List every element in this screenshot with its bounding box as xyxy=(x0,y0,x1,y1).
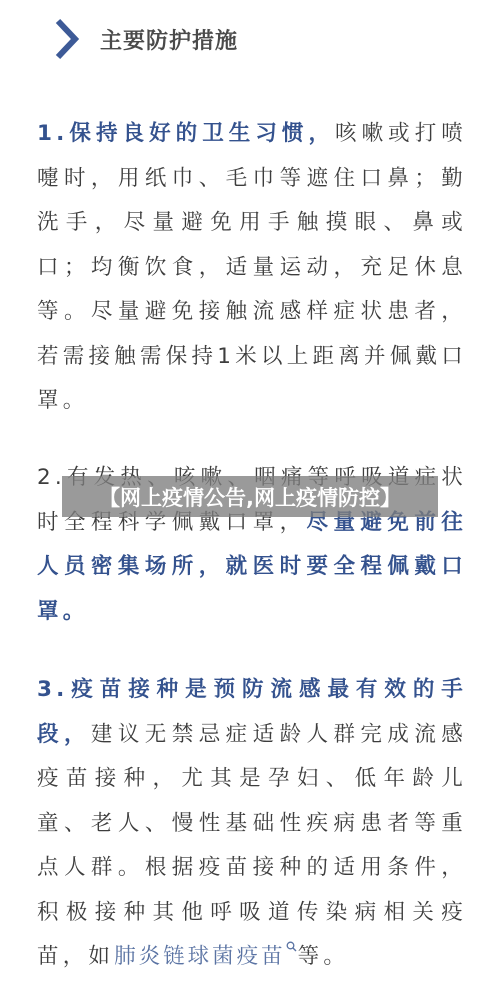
search-icon[interactable] xyxy=(286,941,297,955)
section-title: 主要防护措施 xyxy=(100,24,238,55)
measure-1-highlight: 1.保持良好的卫生习惯， xyxy=(37,121,335,146)
chevron-right-icon xyxy=(54,18,80,60)
measure-3-paragraph: 3.疫苗接种是预防流感最有效的手段，建议无禁忌症适龄人群完成流感疫苗接种，尤其是… xyxy=(37,668,467,980)
section-header: 主要防护措施 xyxy=(54,18,238,60)
measure-1-paragraph: 1.保持良好的卫生习惯，咳嗽或打喷嚏时，用纸巾、毛巾等遮住口鼻；勤洗手，尽量避免… xyxy=(37,112,467,424)
watermark-text: 【网上疫情公告,网上疫情防控】 xyxy=(99,482,401,512)
watermark-banner: 【网上疫情公告,网上疫情防控】 xyxy=(62,476,438,517)
measure-3-body: 建议无禁忌症适龄人群完成流感疫苗接种，尤其是孕妇、低年龄儿童、老人、慢性基础性疾… xyxy=(37,722,467,970)
measure-1-body: 咳嗽或打喷嚏时，用纸巾、毛巾等遮住口鼻；勤洗手，尽量避免用手触摸眼、鼻或口；均衡… xyxy=(37,121,467,413)
vaccine-search-link[interactable]: 肺炎链球菌疫苗 xyxy=(114,944,286,969)
measure-3-tail: 等。 xyxy=(298,944,349,969)
